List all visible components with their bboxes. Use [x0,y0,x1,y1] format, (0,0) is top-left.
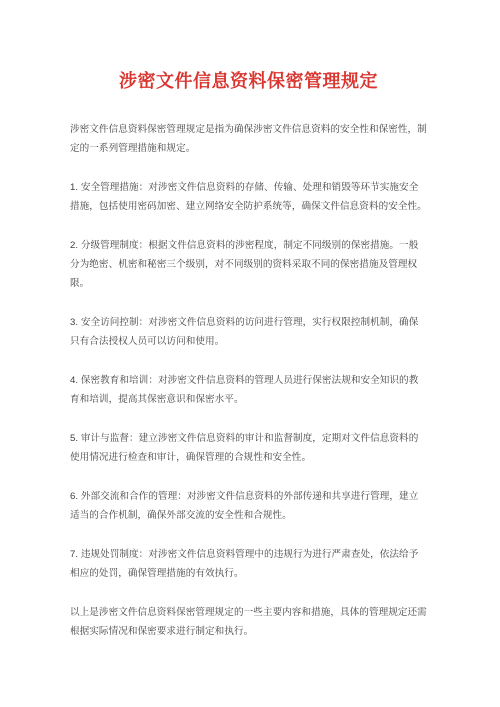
document-body: 涉密文件信息资料保密管理规定是指为确保涉密文件信息资料的安全性和保密性，制定的一… [70,120,427,641]
rule-item-6: 6. 外部交流和合作的管理：对涉密文件信息资料的外部传递和共享进行管理，建立适当… [70,487,427,525]
document-page: 涉密文件信息资料保密管理规定 涉密文件信息资料保密管理规定是指为确保涉密文件信息… [0,0,500,707]
rule-item-2: 2. 分级管理制度：根据文件信息资料的涉密程度，制定不同级别的保密措施。一般分为… [70,236,427,293]
intro-paragraph: 涉密文件信息资料保密管理规定是指为确保涉密文件信息资料的安全性和保密性，制定的一… [70,120,427,158]
rule-item-4: 4. 保密教育和培训：对涉密文件信息资料的管理人员进行保密法规和安全知识的教育和… [70,371,427,409]
rule-item-5: 5. 审计与监督：建立涉密文件信息资料的审计和监督制度，定期对文件信息资料的使用… [70,429,427,467]
document-title: 涉密文件信息资料保密管理规定 [70,72,427,91]
rule-item-3: 3. 安全访问控制：对涉密文件信息资料的访问进行管理，实行权限控制机制，确保只有… [70,313,427,351]
rule-item-1: 1. 安全管理措施：对涉密文件信息资料的存储、传输、处理和销毁等环节实施安全措施… [70,178,427,216]
closing-paragraph: 以上是涉密文件信息资料保密管理规定的一些主要内容和措施，具体的管理规定还需根据实… [70,603,427,641]
rule-item-7: 7. 违规处罚制度：对涉密文件信息资料管理中的违规行为进行严肃查处，依法给予相应… [70,545,427,583]
